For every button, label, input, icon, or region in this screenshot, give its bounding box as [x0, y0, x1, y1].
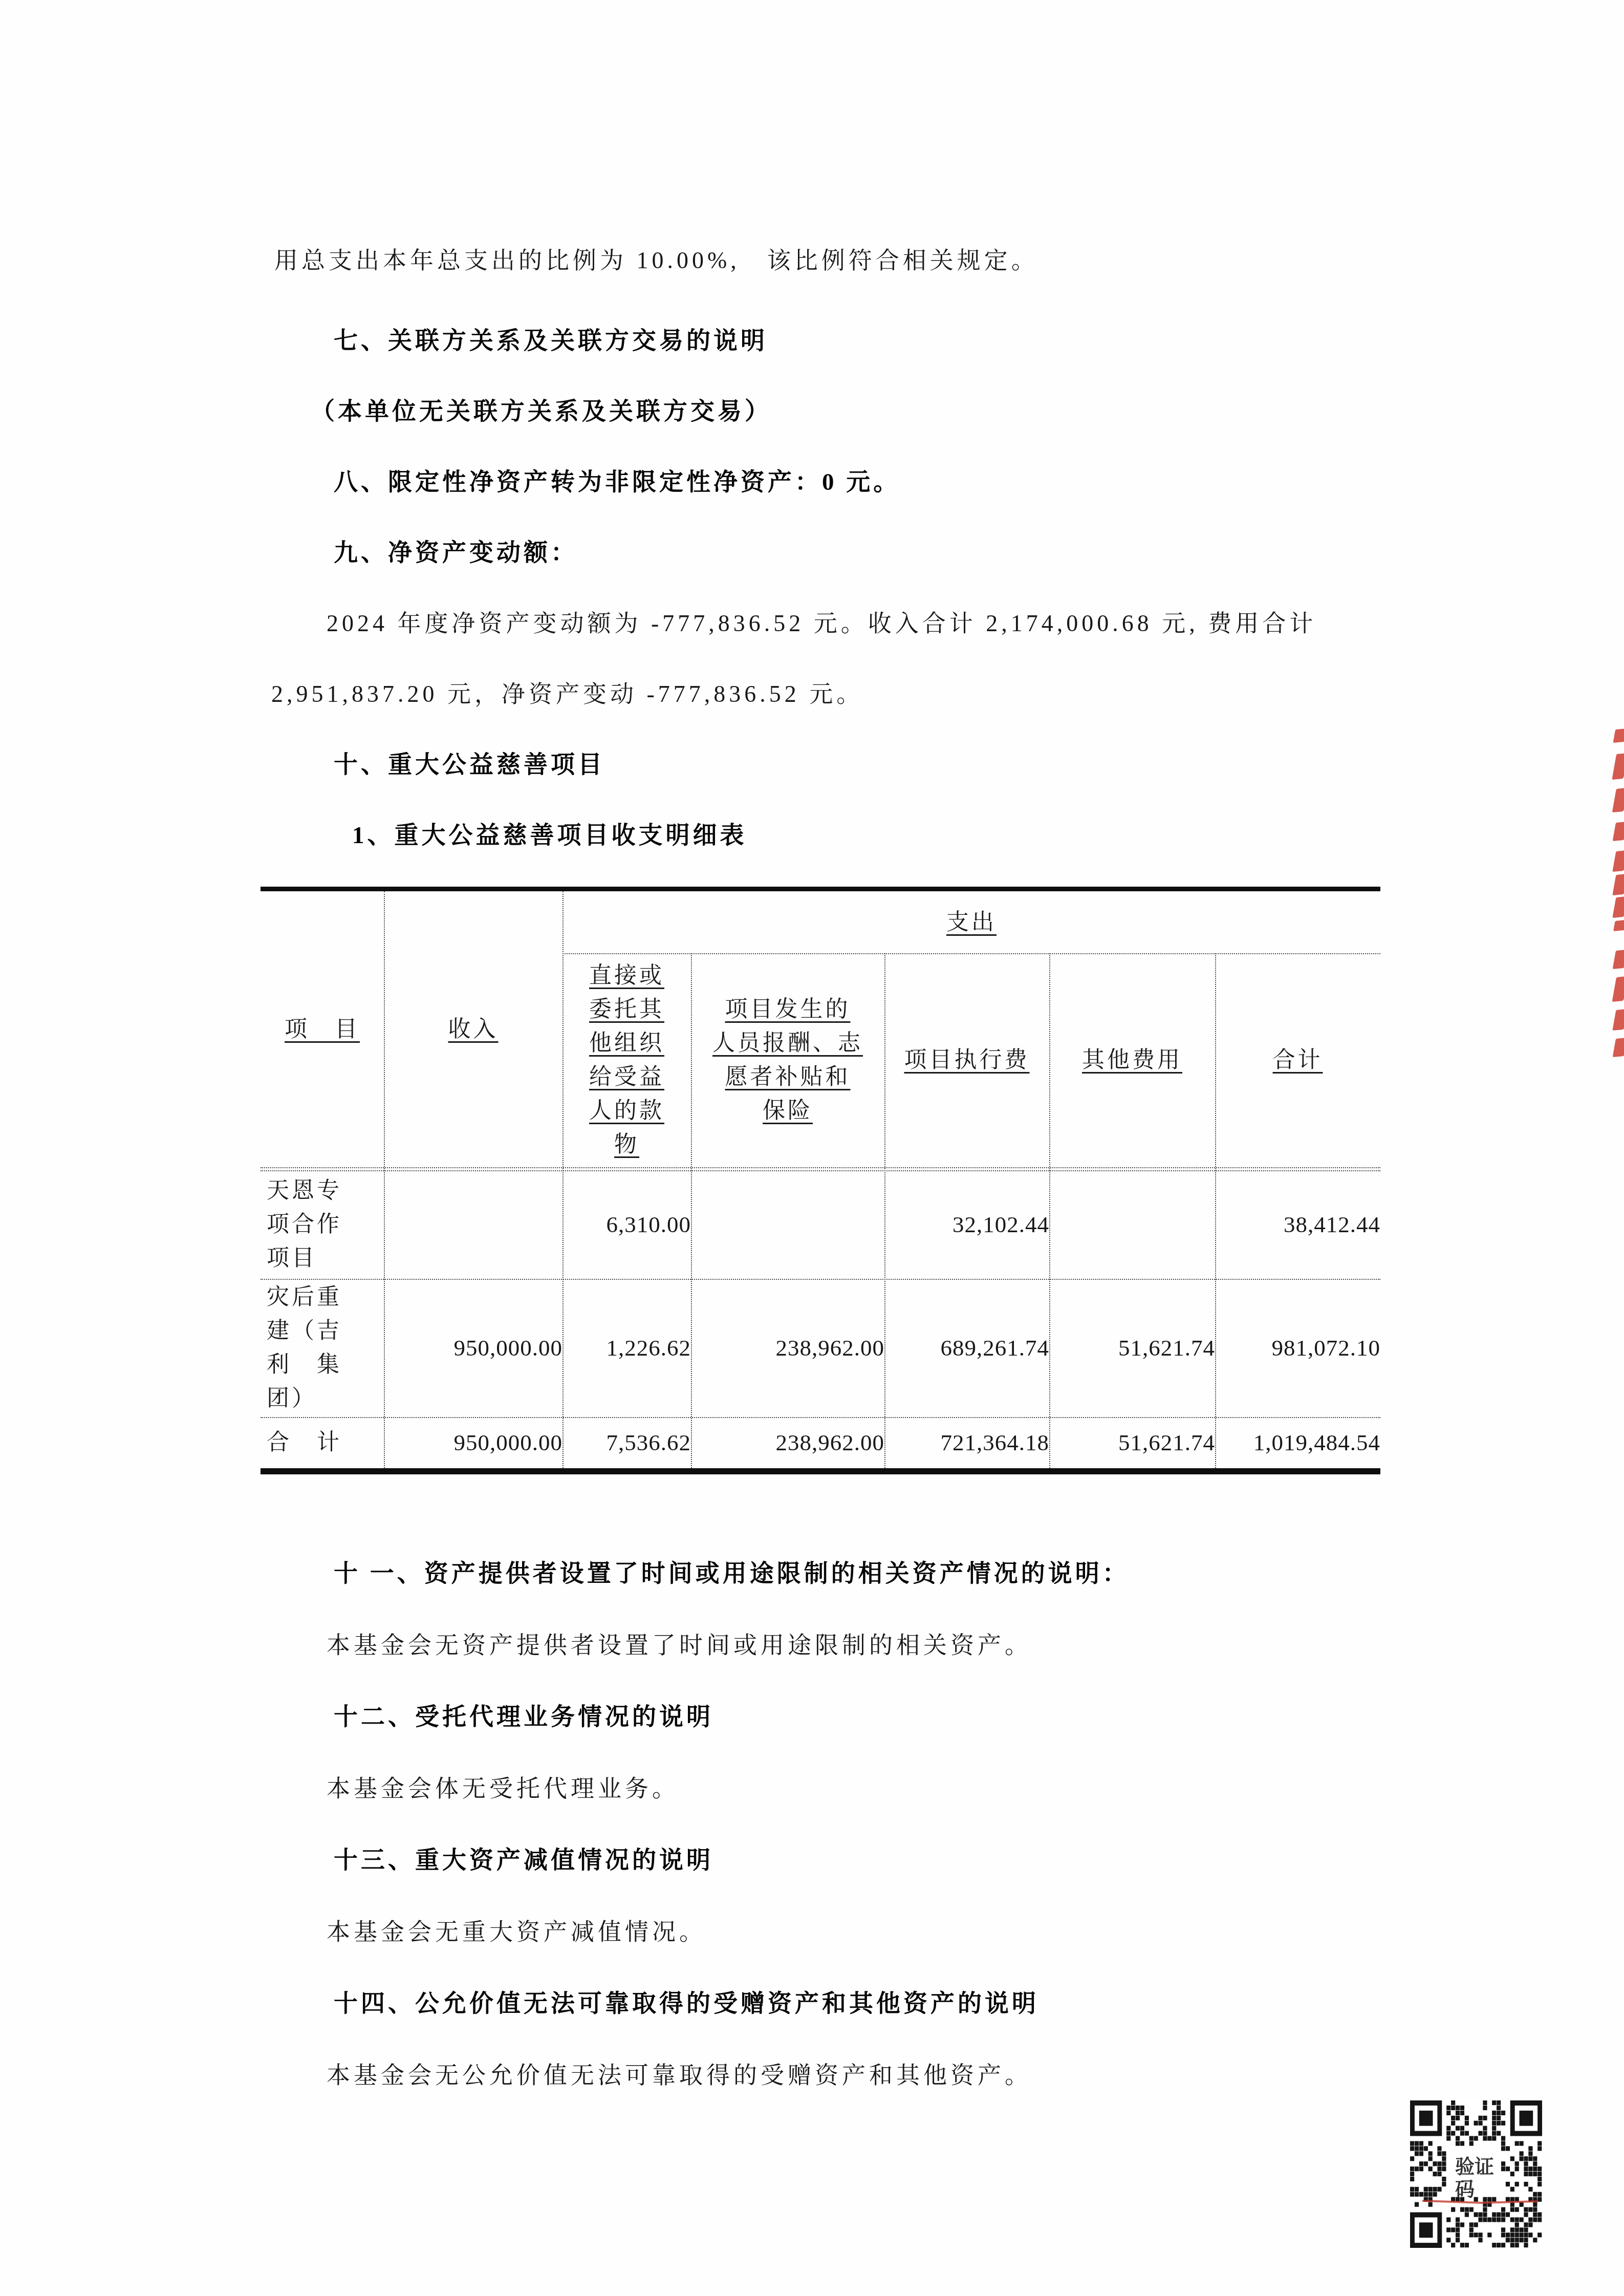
table-top-border: [261, 887, 1380, 891]
intro-paragraph-line: 用总支出本年总支出的比例为 10.00%, 该比例符合相关规定。: [274, 245, 1038, 276]
header-expense-direct: 直接或 委托其 他组织 给受益 人的款 物: [562, 953, 691, 1167]
header-expense-group: 支出: [562, 891, 1380, 953]
row3-income: 950,000.00: [384, 1417, 580, 1468]
row3-other: 51,621.74: [1049, 1417, 1232, 1468]
row2-direct: 1,226.62: [562, 1279, 708, 1417]
section-9-heading: 九、净资产变动额：: [334, 537, 578, 569]
row1-execution: 32,102.44: [884, 1170, 1067, 1279]
row2-item: 灾后重 建（吉 利 集 团）: [261, 1279, 384, 1417]
row3-personnel: 238,962.00: [691, 1417, 902, 1468]
red-stamp-fragment: [1613, 728, 1624, 743]
red-stamp-fragment: [1613, 822, 1624, 841]
section-10-heading: 十、重大公益慈善项目: [334, 749, 605, 781]
red-stamp-fragment: [1613, 950, 1624, 969]
row3-direct: 7,536.62: [562, 1417, 708, 1468]
row3-execution: 721,364.18: [884, 1417, 1067, 1468]
row1-personnel: [691, 1170, 902, 1279]
row1-total: 38,412.44: [1215, 1170, 1398, 1279]
row2-personnel: 238,962.00: [691, 1279, 902, 1417]
header-expense-personnel: 项目发生的 人员报酬、志 愿者补贴和 保险: [691, 953, 884, 1167]
row1-direct: 6,310.00: [562, 1170, 708, 1279]
row1-other: [1049, 1170, 1232, 1279]
section-11-heading: 十 一、资产提供者设置了时间或用途限制的相关资产情况的说明：: [334, 1558, 1130, 1590]
section-12-heading: 十二、受托代理业务情况的说明: [334, 1701, 713, 1733]
section-13-heading: 十三、重大资产减值情况的说明: [334, 1844, 713, 1876]
red-stamp-fragment: [1613, 920, 1624, 931]
scanned-document-page: 用总支出本年总支出的比例为 10.00%, 该比例符合相关规定。 七、关联方关系…: [0, 0, 1624, 2296]
section-9-body-line2: 2,951,837.20 元，净资产变动 -777,836.52 元。: [271, 678, 863, 710]
section-9-body-line1: 2024 年度净资产变动额为 -777,836.52 元。收入合计 2,174,…: [327, 608, 1316, 639]
table-bottom-border: [261, 1468, 1380, 1474]
section-7-body: （本单位无关联方关系及关联方交易）: [311, 396, 772, 427]
row3-total: 1,019,484.54: [1215, 1417, 1398, 1468]
red-stamp-fragment: [1612, 788, 1624, 812]
section-7-heading: 七、关联方关系及关联方交易的说明: [334, 325, 768, 357]
row2-income: 950,000.00: [384, 1279, 580, 1417]
section-13-body: 本基金会无重大资产减值情况。: [327, 1916, 706, 1948]
red-stamp-fragment: [1613, 1038, 1624, 1057]
red-stamp-fragment: [1612, 874, 1624, 895]
section-8-heading: 八、限定性净资产转为非限定性净资产：0 元。: [334, 466, 900, 498]
section-14-body: 本基金会无公允价值无法可靠取得的受赠资产和其他资产。: [327, 2059, 1032, 2091]
row1-income: [384, 1170, 580, 1279]
section-11-body: 本基金会无资产提供者设置了时间或用途限制的相关资产。: [327, 1629, 1032, 1661]
row2-execution: 689,261.74: [884, 1279, 1067, 1417]
row1-item: 天恩专 项合作 项目: [261, 1170, 384, 1279]
section-14-heading: 十四、公允价值无法可靠取得的受赠资产和其他资产的说明: [334, 1988, 1039, 2020]
red-stamp-fragment: [1612, 976, 1624, 1002]
section-10-subheading: 1、重大公益慈善项目收支明细表: [352, 820, 747, 851]
verification-qr-code: [1410, 2100, 1542, 2248]
table-hline-header-a: [261, 1167, 1380, 1168]
header-item: 项 目: [261, 891, 384, 1167]
row2-other: 51,621.74: [1049, 1279, 1232, 1417]
red-stamp-edge-fragments: [1612, 0, 1624, 2296]
red-stamp-fragment: [1612, 850, 1624, 872]
red-stamp-fragment: [1612, 753, 1624, 780]
header-expense-total: 合计: [1215, 953, 1380, 1167]
red-stamp-fragment: [1612, 896, 1624, 918]
red-stamp-fragment: [1612, 1009, 1624, 1031]
row3-item: 合 计: [261, 1417, 384, 1468]
header-expense-execution: 项目执行费: [884, 953, 1049, 1167]
header-income: 收入: [384, 891, 562, 1167]
row2-total: 981,072.10: [1215, 1279, 1398, 1417]
section-12-body: 本基金会体无受托代理业务。: [327, 1773, 679, 1805]
header-expense-other: 其他费用: [1049, 953, 1215, 1167]
